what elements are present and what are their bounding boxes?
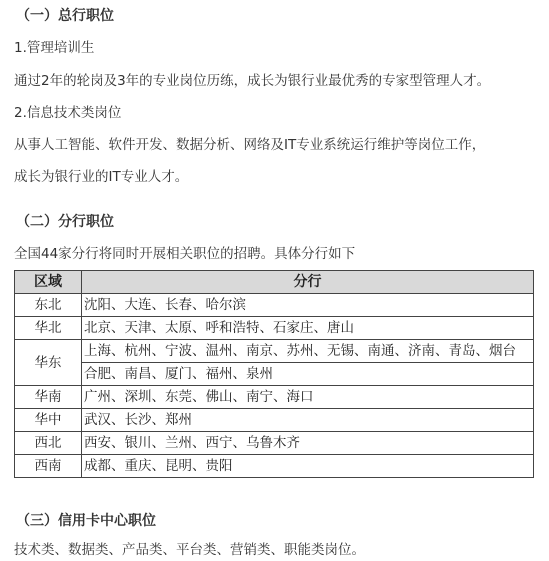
cities-cell: 北京、天津、太原、呼和浩特、石家庄、唐山 — [82, 317, 534, 340]
branch-table: 区域 分行 东北 沈阳、大连、长春、哈尔滨 华北 北京、天津、太原、呼和浩特、石… — [14, 270, 534, 478]
item2-description-line2: 成长为银行业的IT专业人才。 — [14, 168, 188, 186]
item1-title: 1.管理培训生 — [14, 39, 94, 57]
cities-cell: 武汉、长沙、郑州 — [82, 409, 534, 432]
table-row: 华北 北京、天津、太原、呼和浩特、石家庄、唐山 — [15, 317, 534, 340]
section1-heading: （一）总行职位 — [16, 7, 114, 25]
section3-description: 技术类、数据类、产品类、平台类、营销类、职能类岗位。 — [14, 541, 365, 559]
cities-cell: 成都、重庆、昆明、贵阳 — [82, 455, 534, 478]
table-row: 华东 上海、杭州、宁波、温州、南京、苏州、无锡、南通、济南、青岛、烟台 — [15, 340, 534, 363]
table-row: 西北 西安、银川、兰州、西宁、乌鲁木齐 — [15, 432, 534, 455]
table-row: 西南 成都、重庆、昆明、贵阳 — [15, 455, 534, 478]
header-region: 区域 — [15, 271, 82, 294]
region-cell: 西南 — [15, 455, 82, 478]
table-row: 华中 武汉、长沙、郑州 — [15, 409, 534, 432]
item2-title: 2.信息技术类岗位 — [14, 104, 121, 122]
region-cell: 华北 — [15, 317, 82, 340]
region-cell: 华南 — [15, 386, 82, 409]
item1-description: 通过2年的轮岗及3年的专业岗位历练，成长为银行业最优秀的专家型管理人才。 — [14, 72, 490, 90]
cities-cell: 广州、深圳、东莞、佛山、南宁、海口 — [82, 386, 534, 409]
cities-cell: 合肥、南昌、厦门、福州、泉州 — [82, 363, 534, 386]
cities-cell: 上海、杭州、宁波、温州、南京、苏州、无锡、南通、济南、青岛、烟台 — [82, 340, 534, 363]
region-cell: 华东 — [15, 340, 82, 386]
region-cell: 华中 — [15, 409, 82, 432]
region-cell: 西北 — [15, 432, 82, 455]
header-branches: 分行 — [82, 271, 534, 294]
table-header-row: 区域 分行 — [15, 271, 534, 294]
section3-heading: （三）信用卡中心职位 — [16, 512, 156, 530]
item2-description-line1: 从事人工智能、软件开发、数据分析、网络及IT专业系统运行维护等岗位工作， — [14, 136, 485, 154]
section2-heading: （二）分行职位 — [16, 213, 114, 231]
table-row: 东北 沈阳、大连、长春、哈尔滨 — [15, 294, 534, 317]
section2-intro: 全国44家分行将同时开展相关职位的招聘。具体分行如下 — [14, 245, 355, 263]
cities-cell: 沈阳、大连、长春、哈尔滨 — [82, 294, 534, 317]
table-row: 华南 广州、深圳、东莞、佛山、南宁、海口 — [15, 386, 534, 409]
region-cell: 东北 — [15, 294, 82, 317]
cities-cell: 西安、银川、兰州、西宁、乌鲁木齐 — [82, 432, 534, 455]
table-row: 合肥、南昌、厦门、福州、泉州 — [15, 363, 534, 386]
